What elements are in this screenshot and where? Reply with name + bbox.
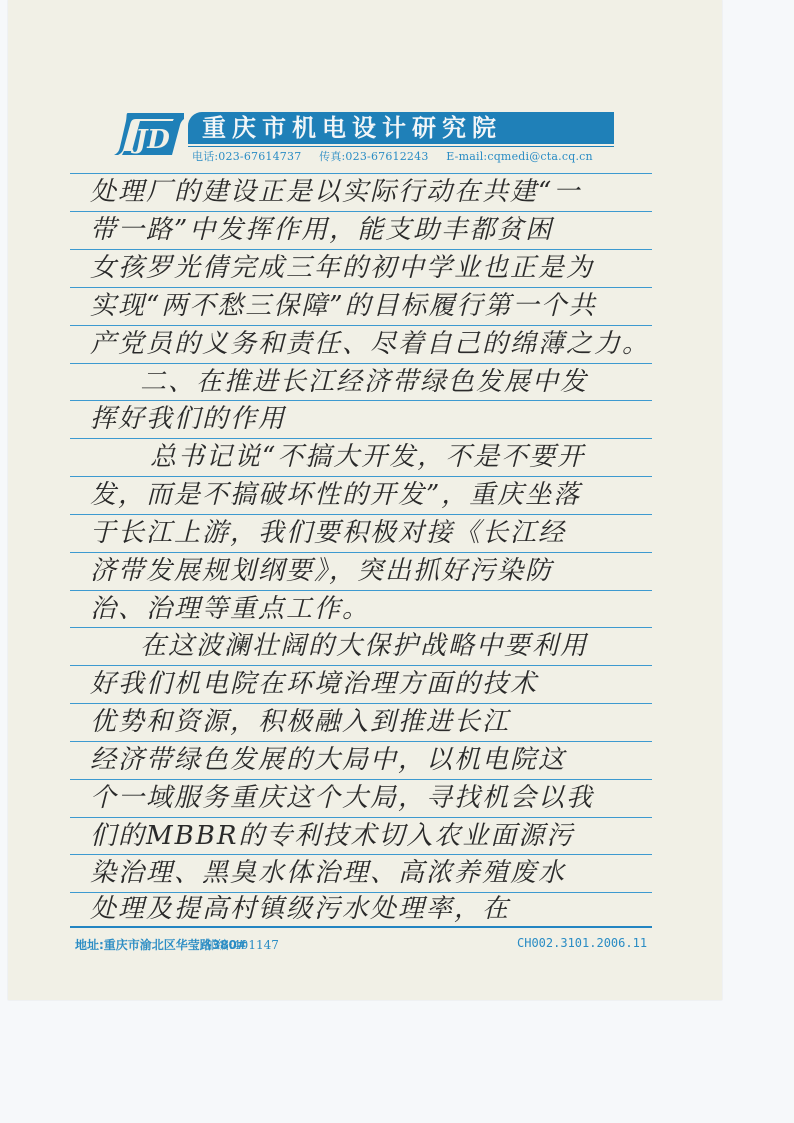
header-divider: [188, 146, 614, 147]
phone-number: 电话:023-67614737: [192, 150, 301, 163]
rule-line: [70, 514, 652, 515]
handwritten-line: 们的MBBR的专利技术切入农业面源污: [90, 819, 650, 853]
rule-line: [70, 287, 652, 288]
handwritten-line: 发，而是不搞破坏性的开发”，重庆坐落: [90, 478, 650, 512]
handwritten-line: 在这波澜壮阔的大保护战略中要利用: [140, 629, 700, 663]
rule-line: [70, 173, 652, 174]
handwritten-line: 女孩罗光倩完成三年的初中学业也正是为: [90, 251, 650, 285]
handwritten-line: 染治理、黑臭水体治理、高浓养殖废水: [90, 856, 650, 890]
section-heading: 二、在推进长江经济带绿色发展中发: [140, 365, 700, 399]
rule-line: [70, 854, 652, 855]
rule-line: [70, 363, 652, 364]
jd-logo-icon: JD: [114, 111, 184, 157]
contact-info: 电话:023-67614737 传真:023-67612243 E-mail:c…: [192, 148, 607, 164]
handwritten-line: 经济带绿色发展的大局中，以机电院这: [90, 743, 650, 777]
handwritten-line: 总书记说“不搞大开发，不是不要开: [150, 440, 710, 474]
handwritten-line: 产党员的义务和责任、尽着自己的绵薄之力。: [90, 327, 650, 361]
handwritten-line: 优势和资源，积极融入到推进长江: [90, 705, 650, 739]
rule-line: [70, 325, 652, 326]
organization-name: 重庆市机电设计研究院: [188, 112, 614, 144]
rule-line: [70, 627, 652, 628]
handwritten-line: 济带发展规划纲要》，突出抓好污染防: [90, 554, 650, 588]
handwritten-line: 个一域服务重庆这个大局，寻找机会以我: [90, 781, 650, 815]
email-address: E-mail:cqmedi@cta.cq.cn: [446, 150, 593, 163]
rule-line: [70, 741, 652, 742]
rule-line: [70, 249, 652, 250]
handwritten-line: 处理及提高村镇级污水处理率，在: [90, 892, 650, 926]
rule-line: [70, 590, 652, 591]
rule-line: [70, 400, 652, 401]
rule-line: [70, 438, 652, 439]
form-code: CH002.3101.2006.11: [517, 936, 647, 950]
handwritten-line: 处理厂的建设正是以实际行动在共建“一: [90, 175, 650, 209]
postcode: 邮编:401147: [205, 936, 279, 953]
rule-line: [70, 552, 652, 553]
rule-line: [70, 779, 652, 780]
handwritten-line: 好我们机电院在环境治理方面的技术: [90, 667, 650, 701]
rule-line: [70, 211, 652, 212]
footer-divider: [70, 926, 652, 928]
rule-line: [70, 665, 652, 666]
svg-text:JD: JD: [130, 125, 170, 155]
handwritten-line: 治、治理等重点工作。: [90, 592, 650, 626]
rule-line: [70, 703, 652, 704]
fax-number: 传真:023-67612243: [319, 150, 428, 163]
rule-line: [70, 817, 652, 818]
handwritten-line: 于长江上游，我们要积极对接《长江经: [90, 516, 650, 550]
handwritten-line: 实现“两不愁三保障”的目标履行第一个共: [90, 289, 650, 323]
section-heading-cont: 挥好我们的作用: [90, 402, 650, 436]
rule-line: [70, 476, 652, 477]
handwritten-line: 带一路”中发挥作用，能支助丰都贫困: [90, 213, 650, 247]
